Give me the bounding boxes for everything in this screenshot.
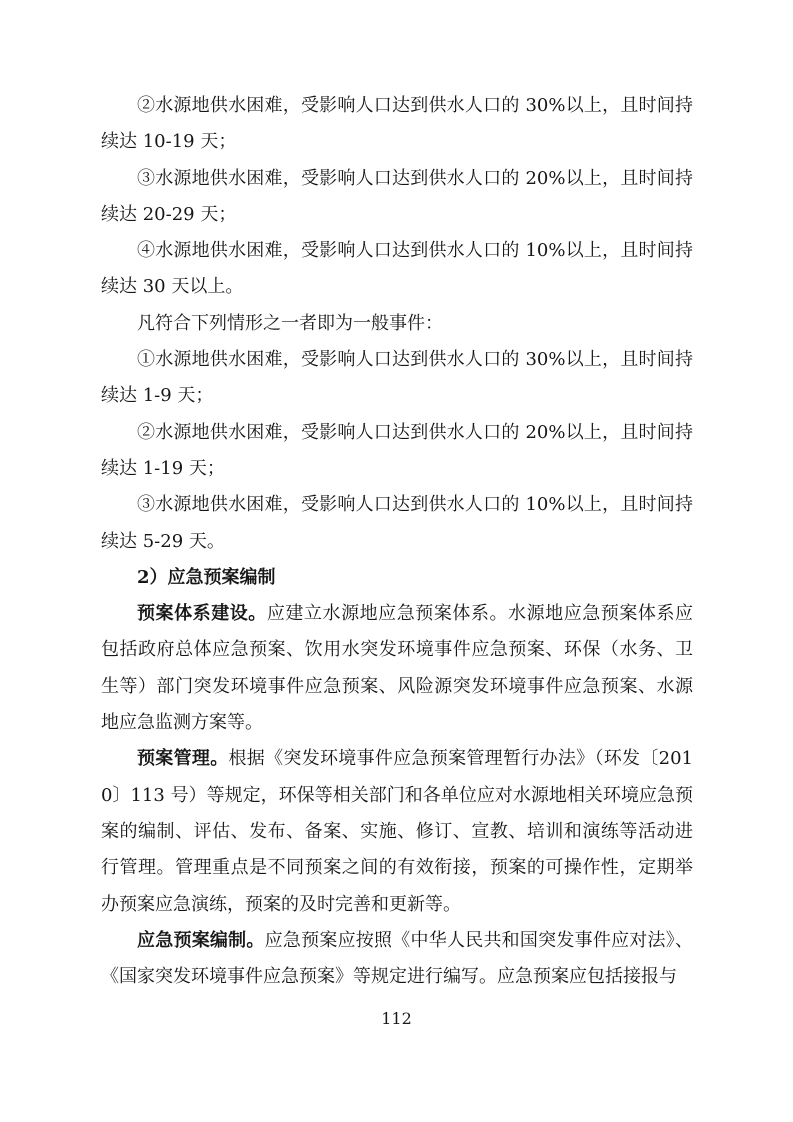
paragraph-text: 根据《突发环境事件应急预案管理暂行办法》（环发〔2010〕113 号）等规定，环…: [101, 748, 693, 914]
paragraph: ④水源地供水困难，受影响人口达到供水人口的 10%以上，且时间持续达 30 天以…: [101, 233, 693, 306]
paragraph-text: 2）应急预案编制: [137, 567, 276, 588]
paragraph-lead: 预案管理。: [137, 748, 229, 769]
paragraph: 凡符合下列情形之一者即为一般事件：: [101, 306, 693, 342]
paragraph: 预案体系建设。应建立水源地应急预案体系。水源地应急预案体系应包括政府总体应急预案…: [101, 596, 693, 741]
paragraph: ②水源地供水困难，受影响人口达到供水人口的 20%以上，且时间持续达 1-19 …: [101, 415, 693, 488]
paragraph-text: 凡符合下列情形之一者即为一般事件：: [137, 313, 443, 334]
paragraph-text: ③水源地供水困难，受影响人口达到供水人口的 10%以上，且时间持续达 5-29 …: [101, 494, 693, 551]
section-heading: 2）应急预案编制: [101, 560, 693, 596]
page-content: ②水源地供水困难，受影响人口达到供水人口的 30%以上，且时间持续达 10-19…: [101, 88, 693, 995]
paragraph-lead: 应急预案编制。: [137, 930, 265, 951]
paragraph-text: ②水源地供水困难，受影响人口达到供水人口的 20%以上，且时间持续达 1-19 …: [101, 422, 693, 479]
paragraph: ①水源地供水困难，受影响人口达到供水人口的 30%以上，且时间持续达 1-9 天…: [101, 342, 693, 415]
paragraph: ③水源地供水困难，受影响人口达到供水人口的 20%以上，且时间持续达 20-29…: [101, 161, 693, 234]
paragraph-text: ③水源地供水困难，受影响人口达到供水人口的 20%以上，且时间持续达 20-29…: [101, 168, 693, 225]
paragraph-text: ④水源地供水困难，受影响人口达到供水人口的 10%以上，且时间持续达 30 天以…: [101, 240, 693, 297]
paragraph-text: ②水源地供水困难，受影响人口达到供水人口的 30%以上，且时间持续达 10-19…: [101, 95, 693, 152]
paragraph: ②水源地供水困难，受影响人口达到供水人口的 30%以上，且时间持续达 10-19…: [101, 88, 693, 161]
paragraph-lead: 预案体系建设。: [137, 603, 267, 624]
page-number: 112: [0, 1009, 793, 1028]
paragraph: 应急预案编制。应急预案应按照《中华人民共和国突发事件应对法》、《国家突发环境事件…: [101, 923, 693, 996]
paragraph: 预案管理。根据《突发环境事件应急预案管理暂行办法》（环发〔2010〕113 号）…: [101, 741, 693, 922]
paragraph: ③水源地供水困难，受影响人口达到供水人口的 10%以上，且时间持续达 5-29 …: [101, 487, 693, 560]
paragraph-text: ①水源地供水困难，受影响人口达到供水人口的 30%以上，且时间持续达 1-9 天…: [101, 349, 693, 406]
document-page: ②水源地供水困难，受影响人口达到供水人口的 30%以上，且时间持续达 10-19…: [0, 0, 793, 1122]
